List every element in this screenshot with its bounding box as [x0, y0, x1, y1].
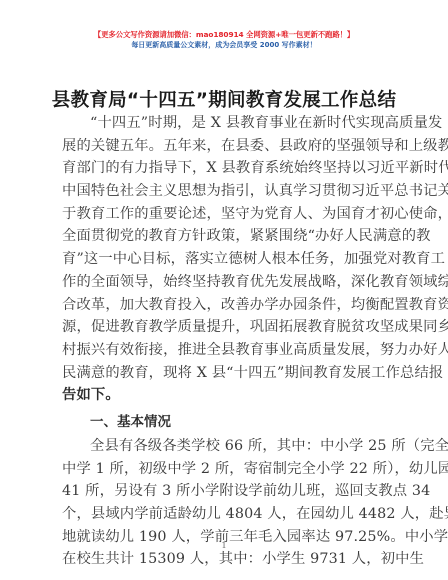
paragraph-line: 中国特色社会主义思想为指引，认真学习贯彻习近平总书记关: [62, 180, 384, 203]
paragraph-line: 告如下。: [62, 384, 384, 407]
paragraph-line: 展的关键五年。五年来，在县委、县政府的坚强领导和上级教: [62, 135, 384, 158]
paragraph-line: 作的全面领导，始终坚持教育优先发展战略，深化教育领域综: [62, 271, 384, 294]
paragraph-line: 于教育工作的重要论述，坚守为党育人、为国育才初心使命，: [62, 203, 384, 226]
paragraph-line: 村振兴有效衔接，推进全县教育事业高质量发展，努力办好人: [62, 339, 384, 362]
section-heading: 一、基本情况: [62, 409, 384, 435]
paragraph-line: 个，县域内学前适龄幼儿 4804 人，在园幼儿 4482 人，赴异: [62, 503, 384, 526]
paragraph-line: 中学 1 所，初级中学 2 所，寄宿制完全小学 22 所），幼儿园: [62, 458, 384, 481]
paragraph-line: 全面贯彻党的教育方针政策，紧紧围绕“办好人民满意的教: [62, 225, 384, 248]
paragraph-line: 全县有各级各类学校 66 所，其中：中小学 25 所（完全: [62, 435, 384, 458]
page-number: 1: [0, 541, 448, 550]
paragraph-line: “十四五”时期，是 X 县教育事业在新时代实现高质量发: [62, 112, 384, 135]
paragraph-line: 合改革，加大教育投入，改善办学办园条件，均衡配置教育资: [62, 294, 384, 317]
promo-banner-line-1: 【更多公文写作资源请加微信：mao180914 全网资源+唯一包更新不跑路！】: [0, 29, 448, 40]
document-page: 【更多公文写作资源请加微信：mao180914 全网资源+唯一包更新不跑路！】 …: [0, 0, 448, 580]
paragraph-line: 育部门的有力指导下，X 县教育系统始终坚持以习近平新时代: [62, 157, 384, 180]
document-title: 县教育局“十四五”期间教育发展工作总结: [0, 86, 448, 112]
paragraph-line: 41 所，另设有 3 所小学附设学前幼儿班，巡回支教点 34: [62, 480, 384, 503]
paragraph-line: 育”这一中心目标，落实立德树人根本任务，加强党对教育工: [62, 248, 384, 271]
paragraph-line: 民满意的教育，现将 X 县“十四五”期间教育发展工作总结报: [62, 362, 384, 385]
document-body: “十四五”时期，是 X 县教育事业在新时代实现高质量发 展的关键五年。五年来，在…: [62, 112, 384, 571]
paragraph-line: 源，促进教育教学质量提升，巩固拓展教育脱贫攻坚成果同乡: [62, 316, 384, 339]
paragraph-line: 在校生共计 15309 人，其中：小学生 9731 人，初中生: [62, 548, 384, 571]
promo-banner-line-2: 每日更新高质量公文素材，成为会员享受 2000 写作素材！: [0, 40, 448, 50]
